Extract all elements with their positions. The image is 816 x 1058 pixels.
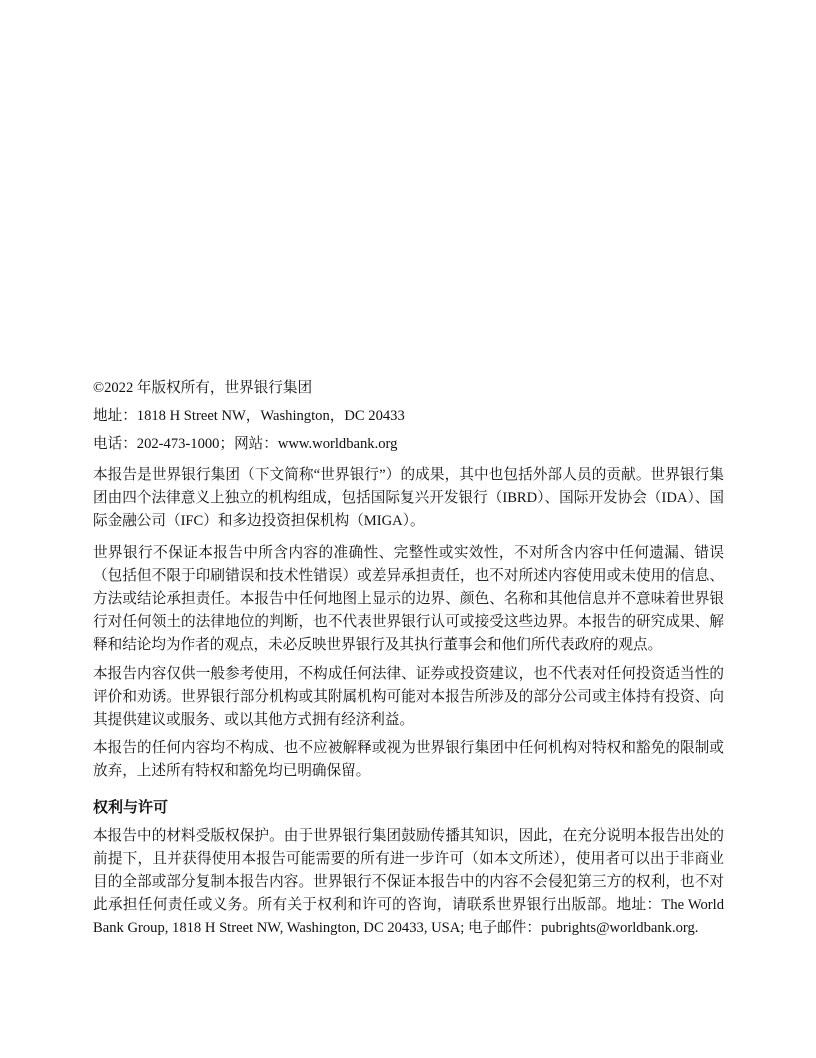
rights-and-permissions-heading: 权利与许可 — [93, 797, 724, 820]
copyright-line: ©2022 年版权所有，世界银行集团 — [93, 374, 724, 402]
document-page: ©2022 年版权所有，世界银行集团 地址：1818 H Street NW，W… — [0, 0, 816, 1058]
disclaimer-paragraph-privileges-immunities: 本报告的任何内容均不构成、也不应被解释或视为世界银行集团中任何机构对特权和豁免的… — [93, 737, 724, 783]
disclaimer-paragraph-general-reference: 本报告内容仅供一般参考使用，不构成任何法律、证券或投资建议，也不代表对任何投资适… — [93, 663, 724, 733]
disclaimer-paragraph-attribution: 本报告是世界银行集团（下文简称“世界银行”）的成果，其中也包括外部人员的贡献。世… — [93, 464, 724, 534]
rights-and-permissions-paragraph: 本报告中的材料受版权保护。由于世界银行集团鼓励传播其知识，因此，在充分说明本报告… — [93, 825, 724, 941]
phone-website-line: 电话：202-473-1000；网站：www.worldbank.org — [93, 430, 724, 458]
address-line: 地址：1818 H Street NW，Washington，DC 20433 — [93, 402, 724, 430]
disclaimer-paragraph-accuracy: 世界银行不保证本报告中所含内容的准确性、完整性或实效性，不对所含内容中任何遗漏、… — [93, 542, 724, 658]
copyright-page-content: ©2022 年版权所有，世界银行集团 地址：1818 H Street NW，W… — [93, 374, 724, 941]
